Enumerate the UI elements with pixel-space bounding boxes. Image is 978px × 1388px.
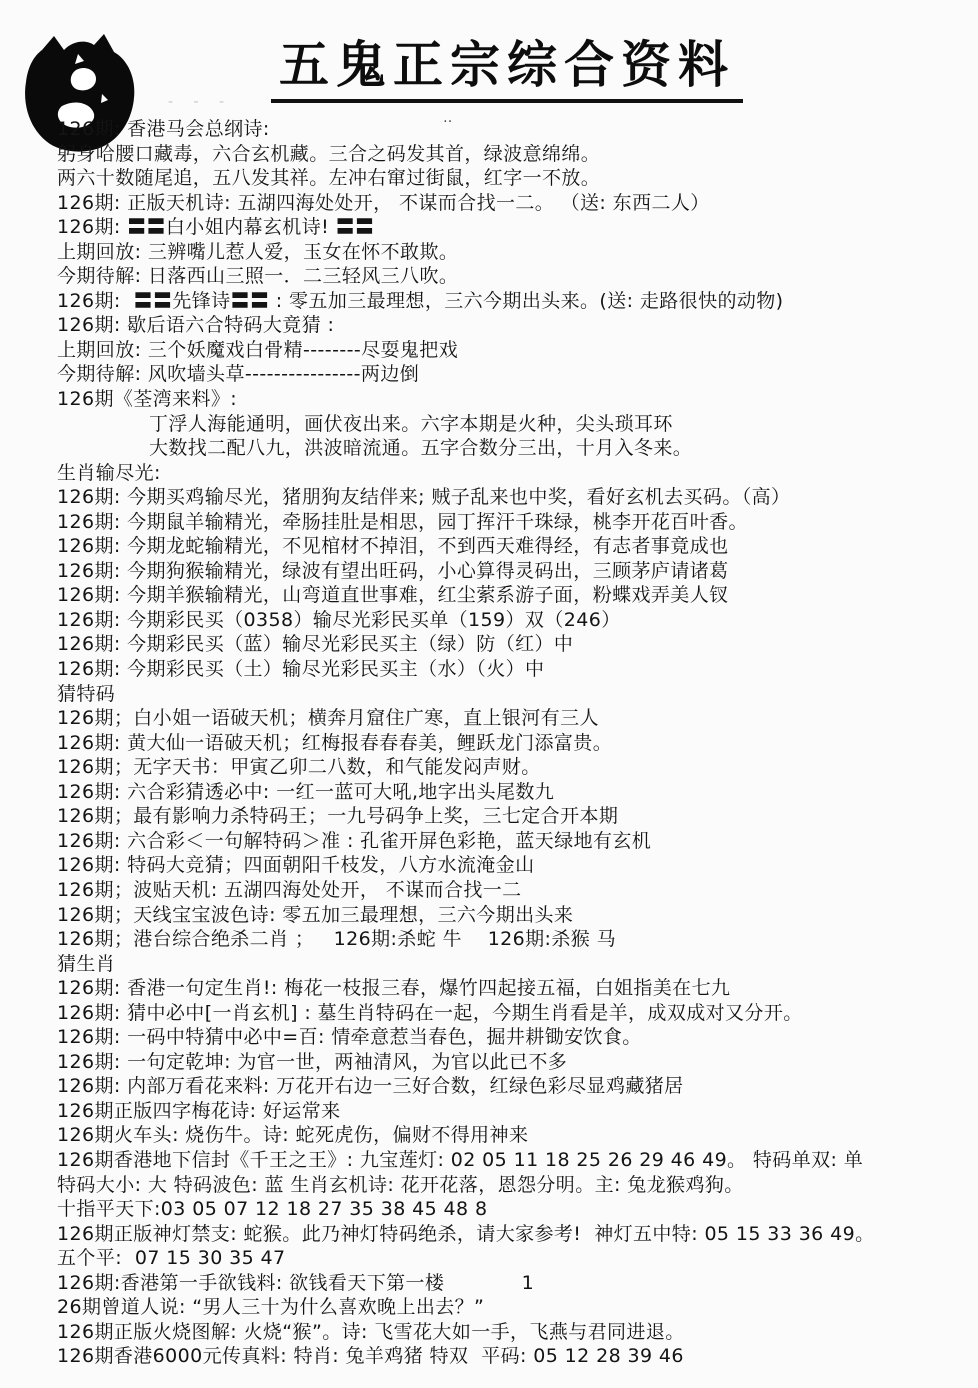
text-line: 126期正版火烧图解: 火烧“猴”。诗: 飞雪花大如一手，飞燕与君同进退。 (57, 1320, 973, 1345)
section-heading: 猜特码 (57, 682, 973, 707)
text-line: 126期香港6000元传真料: 特肖: 兔羊鸡猪 特双 平码: 05 12 28… (57, 1344, 973, 1369)
text-line: 126期；港台综合绝杀二肖 ； 126期:杀蛇 牛 126期:杀猴 马 (57, 927, 973, 952)
text-line: 126期: 今期买鸡输尽光，猪朋狗友结伴来; 贼子乱来也中奖，看好玄机去买码。（… (57, 485, 973, 510)
text-line: 126期: 一句定乾坤: 为官一世，两袖清风，为官以此已不多 (57, 1050, 973, 1075)
text-line: 126期: 一码中特猜中必中=百: 情牵意惹当春色，掘井耕锄安饮食。 (57, 1025, 973, 1050)
text-line: 126期: 猜中必中[一肖玄机] : 墓生肖特码在一起，今期生肖看是羊，成双成对… (57, 1001, 973, 1026)
text-line: 126期；天线宝宝波色诗: 零五加三最理想，三六今期出头来 (57, 903, 973, 928)
text-line: 126期: 今期羊猴输精光，山弯道直世事难，红尘萦系游子面，粉蝶戏弄美人钗 (57, 583, 973, 608)
text-line: 126期: 香港一句定生肖!: 梅花一枝报三春，爆竹四起接五福，白姐指美在七九 (57, 976, 973, 1001)
scan-artifact-dashes: - - - (168, 94, 232, 110)
text-line: 上期回放: 三辨嘴儿惹人爱，玉女在怀不敢欺。 (57, 240, 973, 265)
text-line: 26期曾道人说: “男人三十为什么喜欢晚上出去？” (57, 1295, 973, 1320)
text-line: 上期回放: 三个妖魔戏白骨精--------尽耍鬼把戏 (57, 338, 973, 363)
text-line: 126期: 香港马会总纲诗: (57, 117, 973, 142)
text-line: 126期；白小姐一语破天机；横奔月窟住广寒，直上银河有三人 (57, 706, 973, 731)
text-line: 126期: 今期鼠羊输精光，牵肠挂肚是相思，园丁挥汗千珠绿，桃李开花百叶香。 (57, 510, 973, 535)
text-line: 126期: 正版天机诗: 五湖四海处处开， 不谋而合找一二。 （送: 东西二人） (57, 191, 973, 216)
page-title: 五鬼正宗综合资料 (271, 38, 743, 103)
text-line: 126期: 特码大竞猜；四面朝阳千枝发，八方水流淹金山 (57, 853, 973, 878)
text-line: 126期香港地下信封《千王之王》: 九宝莲灯: 02 05 11 18 25 2… (57, 1148, 973, 1173)
document-page: 五鬼正宗综合资料 - - - ‥ 126期: 香港马会总纲诗: 躬身哈腰口藏毒，… (0, 0, 978, 1388)
text-line: 126期: 今期彩民买（0358）输尽光彩民买单（159）双（246） (57, 608, 973, 633)
text-line: 126期火车头: 烧伤牛。诗: 蛇死虎伤，偏财不得用神来 (57, 1123, 973, 1148)
text-line: 126期正版四字梅花诗: 好运常来 (57, 1099, 973, 1124)
text-line: 126期: 歇后语六合特码大竟猜 : (57, 313, 973, 338)
text-line: 126期: 六合彩猜透必中: 一红一蓝可大吼,地字出头尾数九 (57, 780, 973, 805)
text-line: 126期；无字天书：甲寅乙卯二八数，和气能发闷声财。 (57, 755, 973, 780)
text-line: 躬身哈腰口藏毒，六合玄机藏。三合之码发其首，绿波意绵绵。 (57, 142, 973, 167)
text-line: 十指平天下:03 05 07 12 18 27 35 38 45 48 8 (57, 1197, 973, 1222)
text-line: 126期: 内部万看花来料: 万花开右边一三好合数，红绿色彩尽显鸡藏猪居 (57, 1074, 973, 1099)
section-heading: 生肖输尽光: (57, 461, 973, 486)
section-heading: 猜生肖 (57, 952, 973, 977)
text-line: 五个平: 07 15 30 35 47 (57, 1246, 973, 1271)
text-line: 今期待解: 风吹墙头草----------------两边倒 (57, 362, 973, 387)
title-wrap: 五鬼正宗综合资料 (0, 38, 978, 103)
text-line: 126期: 〓〓白小姐内幕玄机诗! 〓〓 (57, 215, 973, 240)
text-line: 126期: 今期彩民买（蓝）输尽光彩民买主（绿）防（红）中 (57, 632, 973, 657)
text-line: 126期；波贴天机: 五湖四海处处开， 不谋而合找一二 (57, 878, 973, 903)
text-line: 126期: 今期彩民买（土）输尽光彩民买主（水）（火）中 (57, 657, 973, 682)
text-line: 126期正版神灯禁支: 蛇猴。此乃神灯特码绝杀，请大家参考! 神灯五中特: 05… (57, 1222, 973, 1247)
document-body: 126期: 香港马会总纲诗: 躬身哈腰口藏毒，六合玄机藏。三合之码发其首，绿波意… (57, 117, 973, 1369)
text-line: 126期: 黄大仙一语破天机；红梅报春春春美，鲤跃龙门添富贵。 (57, 731, 973, 756)
text-line: 丁浮人海能通明，画伏夜出来。六字本期是火种，尖头琐耳环 (57, 412, 973, 437)
text-line: 特码大小: 大 特码波色: 蓝 生肖玄机诗: 花开花落，恩怨分明。主: 兔龙猴鸡… (57, 1173, 973, 1198)
text-line: 126期:香港第一手欲钱料: 欲钱看天下第一楼 1 (57, 1271, 973, 1296)
text-line: 两六十数随尾追，五八发其祥。左冲右窜过街鼠，红字一不放。 (57, 166, 973, 191)
text-line: 126期: 今期龙蛇输精光，不见棺材不掉泪，不到西天难得经，有志者事竟成也 (57, 534, 973, 559)
text-line: 大数找二配八九，洪波暗流通。五字合数分三出，十月入冬来。 (57, 436, 973, 461)
text-line: 126期；最有影响力杀特码王；一九号码争上奖，三七定合开本期 (57, 804, 973, 829)
text-line: 126期: 今期狗猴输精光，绿波有望出旺码，小心算得灵码出，三顾茅庐请诸葛 (57, 559, 973, 584)
text-line: 今期待解: 日落西山三照一．二三轻风三八吹。 (57, 264, 973, 289)
text-line: 126期《荃湾来料》: (57, 387, 973, 412)
text-line: 126期: 六合彩＜一句解特码＞准 : 孔雀开屏色彩艳，蓝天绿地有玄机 (57, 829, 973, 854)
text-line: 126期: 〓〓先锋诗〓〓 : 零五加三最理想，三六今期出头来。(送: 走路很快… (57, 289, 973, 314)
